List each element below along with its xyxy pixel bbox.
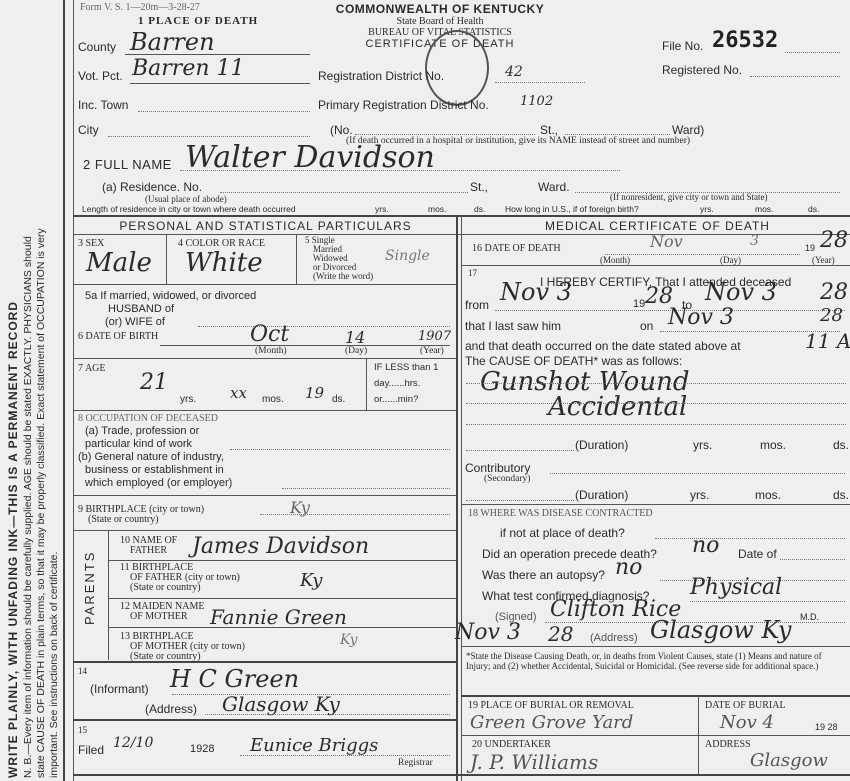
to-date: Nov 3 <box>705 278 777 306</box>
residence-st-label: St., <box>470 180 488 194</box>
reg-district-value: 42 <box>505 64 523 80</box>
header-sub1: State Board of Health <box>320 16 560 27</box>
contracted-label: 18 WHERE WAS DISEASE CONTRACTED <box>468 508 653 519</box>
autopsy-value: no <box>615 555 642 580</box>
burial-year: 19 28 <box>815 722 838 732</box>
nonresident-note: (If nonresident, give city or town and S… <box>610 192 767 202</box>
duration-line-1 <box>466 450 574 451</box>
undertaker-value: J. P. Williams <box>470 750 598 774</box>
not-at-place-label: if not at place of death? <box>500 526 625 540</box>
full-name-line <box>180 170 620 171</box>
burial-date-label: DATE OF BURIAL <box>705 700 786 711</box>
residence-no-line <box>220 192 468 193</box>
informant-label: (Informant) <box>90 682 149 696</box>
dob-year-caption: (Year) <box>420 346 444 356</box>
file-no-label: File No. <box>662 39 703 53</box>
dod-month: Nov <box>650 232 683 251</box>
dob-year: 1907 <box>418 329 451 344</box>
duration-label-2: (Duration) <box>575 488 628 502</box>
bottom-border <box>73 774 850 776</box>
mother-name-label-2: OF MOTHER <box>120 612 204 622</box>
contributory-label: Contributory <box>465 461 530 475</box>
informant-address-line <box>205 714 450 715</box>
county-line <box>125 54 310 55</box>
margin-nb-line3: important. See instructions on back of c… <box>48 552 60 778</box>
day-hrs-label: day......hrs. <box>374 378 420 389</box>
margin-instructions: WRITE PLAINLY, WITH UNFADING INK—THIS IS… <box>0 0 62 781</box>
dod-label: 16 DATE OF DEATH <box>472 243 561 254</box>
age-label: 7 AGE <box>78 363 106 374</box>
burial-place-label: 19 PLACE OF BURIAL OR REMOVAL <box>468 700 634 711</box>
color-divider <box>296 234 297 284</box>
age-mos: xx <box>230 384 247 402</box>
how-long-yrs: yrs. <box>700 204 714 214</box>
dod-year-prefix: 19 <box>805 243 815 253</box>
father-bp-label-3: (State or country) <box>120 583 240 593</box>
registrar-value: Eunice Briggs <box>250 735 378 756</box>
form-number: Form V. S. 1—20m—3-28-27 <box>80 2 200 13</box>
row-divider-2 <box>73 358 456 359</box>
duration-yrs-2: yrs. <box>690 488 709 502</box>
cause-line-dots-3 <box>466 424 846 425</box>
parents-divider <box>108 530 109 660</box>
registered-no-line <box>750 76 840 77</box>
county-label: County <box>78 40 116 54</box>
residence-label: (a) Residence. No. <box>102 180 202 194</box>
registrar-label: Registrar <box>398 758 433 768</box>
occ-b-3: which employed (or employer) <box>85 477 232 489</box>
county-value: Barren <box>130 28 215 56</box>
or-min-label: or......min? <box>374 394 418 405</box>
length-yrs: yrs. <box>375 204 389 214</box>
age-yrs: 21 <box>140 370 168 395</box>
death-time-value: 11 Am <box>805 329 850 353</box>
undertaker-address-label: ADDRESS <box>705 739 751 750</box>
occ-b-2: business or establishment in <box>85 464 224 476</box>
dod-year: 28 <box>820 228 848 253</box>
dod-day: 3 <box>750 233 759 249</box>
margin-write-plainly: WRITE PLAINLY, WITH UNFADING INK—THIS IS… <box>6 301 20 778</box>
age-ds-caption: ds. <box>332 394 345 405</box>
dod-day-caption: (Day) <box>720 255 741 265</box>
cause-line-dots-2 <box>466 403 846 404</box>
dod-line <box>605 254 800 255</box>
duration-label-1: (Duration) <box>575 438 628 452</box>
cause-line-2: Accidental <box>548 392 687 422</box>
dob-month-caption: (Month) <box>255 346 287 356</box>
personal-section-title: PERSONAL AND STATISTICAL PARTICULARS <box>78 219 453 233</box>
medical-section-title: MEDICAL CERTIFICATE OF DEATH <box>465 219 850 233</box>
dob-line <box>160 345 450 346</box>
dod-year-caption: (Year) <box>812 255 835 265</box>
duration-ds-2: ds. <box>833 488 849 502</box>
contributory-line <box>550 473 845 474</box>
reg-district-line <box>495 82 585 83</box>
dod-month-caption: (Month) <box>600 255 630 265</box>
duration-ds-1: ds. <box>833 438 849 452</box>
how-long-ds: ds. <box>808 204 819 214</box>
mother-bp-value: Ky <box>340 632 357 648</box>
row-divider-8 <box>108 627 456 628</box>
from-label: from <box>465 298 489 312</box>
birthplace-label-2: (State or country) <box>88 514 159 525</box>
mother-bp-label: 13 BIRTHPLACE OF MOTHER (city or town) (… <box>120 632 245 662</box>
dob-label: 6 DATE OF BIRTH <box>78 331 158 342</box>
marital-label: 5 Single Married Widowed or Divorced (Wr… <box>305 236 373 281</box>
city-line <box>108 136 310 137</box>
informant-address-label: (Address) <box>145 702 197 716</box>
informant-number: 14 <box>78 666 87 676</box>
row-divider-10 <box>73 719 456 721</box>
vot-pct-line <box>130 83 310 84</box>
date-of-line <box>780 559 845 560</box>
date-of-label: Date of <box>738 547 777 561</box>
physician-address-label: (Address) <box>590 632 638 644</box>
spouse-label-3: (or) WIFE of <box>105 316 165 328</box>
occ-b-1: (b) General nature of industry, <box>78 451 224 463</box>
cause-label: The CAUSE OF DEATH* was as follows: <box>465 354 682 368</box>
row-divider-r1 <box>461 265 850 266</box>
row-divider-6 <box>108 560 456 561</box>
margin-nb-line2: state CAUSE OF DEATH in plain terms, so … <box>35 228 47 778</box>
last-saw-year: 28 <box>820 305 843 326</box>
margin-nb-line1: N. B.—Every item of information should b… <box>22 236 34 778</box>
physician-address-value: Glasgow Ky <box>650 616 791 644</box>
dob-day-caption: (Day) <box>345 346 367 356</box>
occ-b-line <box>282 488 450 489</box>
to-year: 28 <box>820 280 848 305</box>
row-divider-7 <box>108 598 456 599</box>
row-divider-1 <box>73 284 456 285</box>
age-divider <box>366 358 367 410</box>
city-label: City <box>78 123 99 137</box>
father-bp-label: 11 BIRTHPLACE OF FATHER (city or town) (… <box>120 563 240 593</box>
registration-stamp-icon <box>425 30 489 106</box>
cause-footnote: *State the Disease Causing Death, or, in… <box>466 651 846 671</box>
city-no-label: (No. <box>330 123 353 137</box>
occupation-label: 8 OCCUPATION OF DECEASED <box>78 413 218 424</box>
from-year-prefix: 19 <box>633 298 645 310</box>
father-name-label: 10 NAME OF FATHER <box>120 536 177 556</box>
duration-mos-1: mos. <box>760 438 786 452</box>
column-divider <box>456 215 458 781</box>
length-ds: ds. <box>474 204 485 214</box>
primary-reg-label: Primary Registration District No. <box>318 98 489 112</box>
spouse-label-1: 5a If married, widowed, or divorced <box>85 290 256 302</box>
registrar-line <box>240 755 450 756</box>
father-bp-value: Ky <box>300 570 322 591</box>
less-than-1-label: IF LESS than 1 <box>374 362 438 373</box>
filed-number: 15 <box>78 725 87 735</box>
occ-a-2: particular kind of work <box>85 438 192 450</box>
color-value: White <box>185 248 263 278</box>
burial-date-value: Nov 4 <box>720 712 774 733</box>
row-divider-3 <box>73 410 456 411</box>
age-mos-caption: mos. <box>262 394 284 405</box>
form-left-border <box>63 0 65 781</box>
how-long-label: How long in U.S., if of foreign birth? <box>505 204 639 214</box>
city-st-line <box>565 134 670 135</box>
duration-mos-2: mos. <box>755 488 781 502</box>
signed-date: Nov 3 <box>455 620 521 645</box>
marital-value: Single <box>385 248 430 264</box>
from-date: Nov 3 <box>500 278 572 306</box>
occ-a-1: (a) Trade, profession or <box>85 425 199 437</box>
row-divider-5 <box>73 530 456 531</box>
burial-place-value: Green Grove Yard <box>470 712 633 733</box>
abode-note: (Usual place of abode) <box>145 194 227 204</box>
spouse-line <box>198 326 450 327</box>
registered-no-label: Registered No. <box>662 63 742 77</box>
vot-pct-value: Barren 11 <box>132 56 245 81</box>
birthplace-line <box>260 514 450 515</box>
sex-value: Male <box>86 248 152 278</box>
informant-value: H C Green <box>170 665 299 693</box>
inc-town-label: Inc. Town <box>78 98 128 112</box>
primary-reg-value: 1102 <box>520 94 553 109</box>
operation-value: no <box>692 533 719 558</box>
test-value: Physical <box>690 575 782 600</box>
dob-month: Oct <box>250 322 289 347</box>
vot-pct-label: Vot. Pct. <box>78 69 123 83</box>
city-ward-label: Ward) <box>672 123 704 137</box>
row-divider-r2 <box>461 504 850 505</box>
how-long-mos: mos. <box>755 204 773 214</box>
filed-year: 1928 <box>190 743 214 755</box>
age-ds: 19 <box>305 384 324 402</box>
marital-label-5: (Write the word) <box>305 272 373 281</box>
length-residence-label: Length of residence in city or town wher… <box>82 204 296 214</box>
mother-name-value: Fannie Green <box>210 605 347 629</box>
form-inner-left-border <box>73 0 74 781</box>
spouse-label-2: HUSBAND of <box>108 303 174 315</box>
row-divider-9 <box>73 661 456 663</box>
signed-year: 28 <box>548 622 573 646</box>
certify-number: 17 <box>468 268 477 278</box>
cause-line-dots-1 <box>466 383 846 384</box>
parents-label: PARENTS <box>82 551 97 625</box>
autopsy-label: Was there an autopsy? <box>482 568 605 582</box>
city-st-label: St., <box>540 123 558 137</box>
last-saw-on-label: on <box>640 319 653 333</box>
inc-town-line <box>138 111 310 112</box>
last-saw-label: that I last saw him <box>465 319 561 333</box>
informant-address-value: Glasgow Ky <box>222 692 340 716</box>
undertaker-label: 20 UNDERTAKER <box>472 739 551 750</box>
place-of-death-heading: 1 PLACE OF DEATH <box>138 15 258 27</box>
age-yrs-caption: yrs. <box>180 394 196 405</box>
death-time-label: and that death occurred on the date stat… <box>465 339 741 353</box>
duration-yrs-1: yrs. <box>693 438 712 452</box>
city-no-line <box>355 134 535 135</box>
filed-date: 12/10 <box>113 735 153 751</box>
undertaker-address-value: Glasgow <box>750 750 828 771</box>
reg-district-label: Registration District No. <box>318 69 444 83</box>
residence-ward-label: Ward. <box>538 180 570 194</box>
not-at-place-line <box>655 538 845 539</box>
sex-divider <box>166 234 167 284</box>
father-name-label-2: FATHER <box>120 546 177 556</box>
full-name-label: 2 FULL NAME <box>83 157 172 172</box>
length-mos: mos. <box>428 204 446 214</box>
occ-a-line <box>230 449 450 450</box>
md-label: M.D. <box>800 612 819 622</box>
duration-line-2 <box>466 500 574 501</box>
row-divider-4 <box>73 495 456 496</box>
file-no-value: 26532 <box>712 28 778 53</box>
header-title: COMMONWEALTH OF KENTUCKY <box>320 2 560 16</box>
row-divider-r5 <box>461 735 850 736</box>
secondary-label: (Secondary) <box>484 474 530 484</box>
test-line <box>690 601 845 602</box>
row-divider-r4 <box>461 695 850 697</box>
mother-name-label: 12 MAIDEN NAME OF MOTHER <box>120 602 204 622</box>
last-saw-date: Nov 3 <box>668 305 734 330</box>
file-no-line <box>785 52 840 53</box>
father-name-value: James Davidson <box>192 534 369 559</box>
row-divider-r3 <box>461 646 850 647</box>
filed-label: Filed <box>78 743 104 757</box>
